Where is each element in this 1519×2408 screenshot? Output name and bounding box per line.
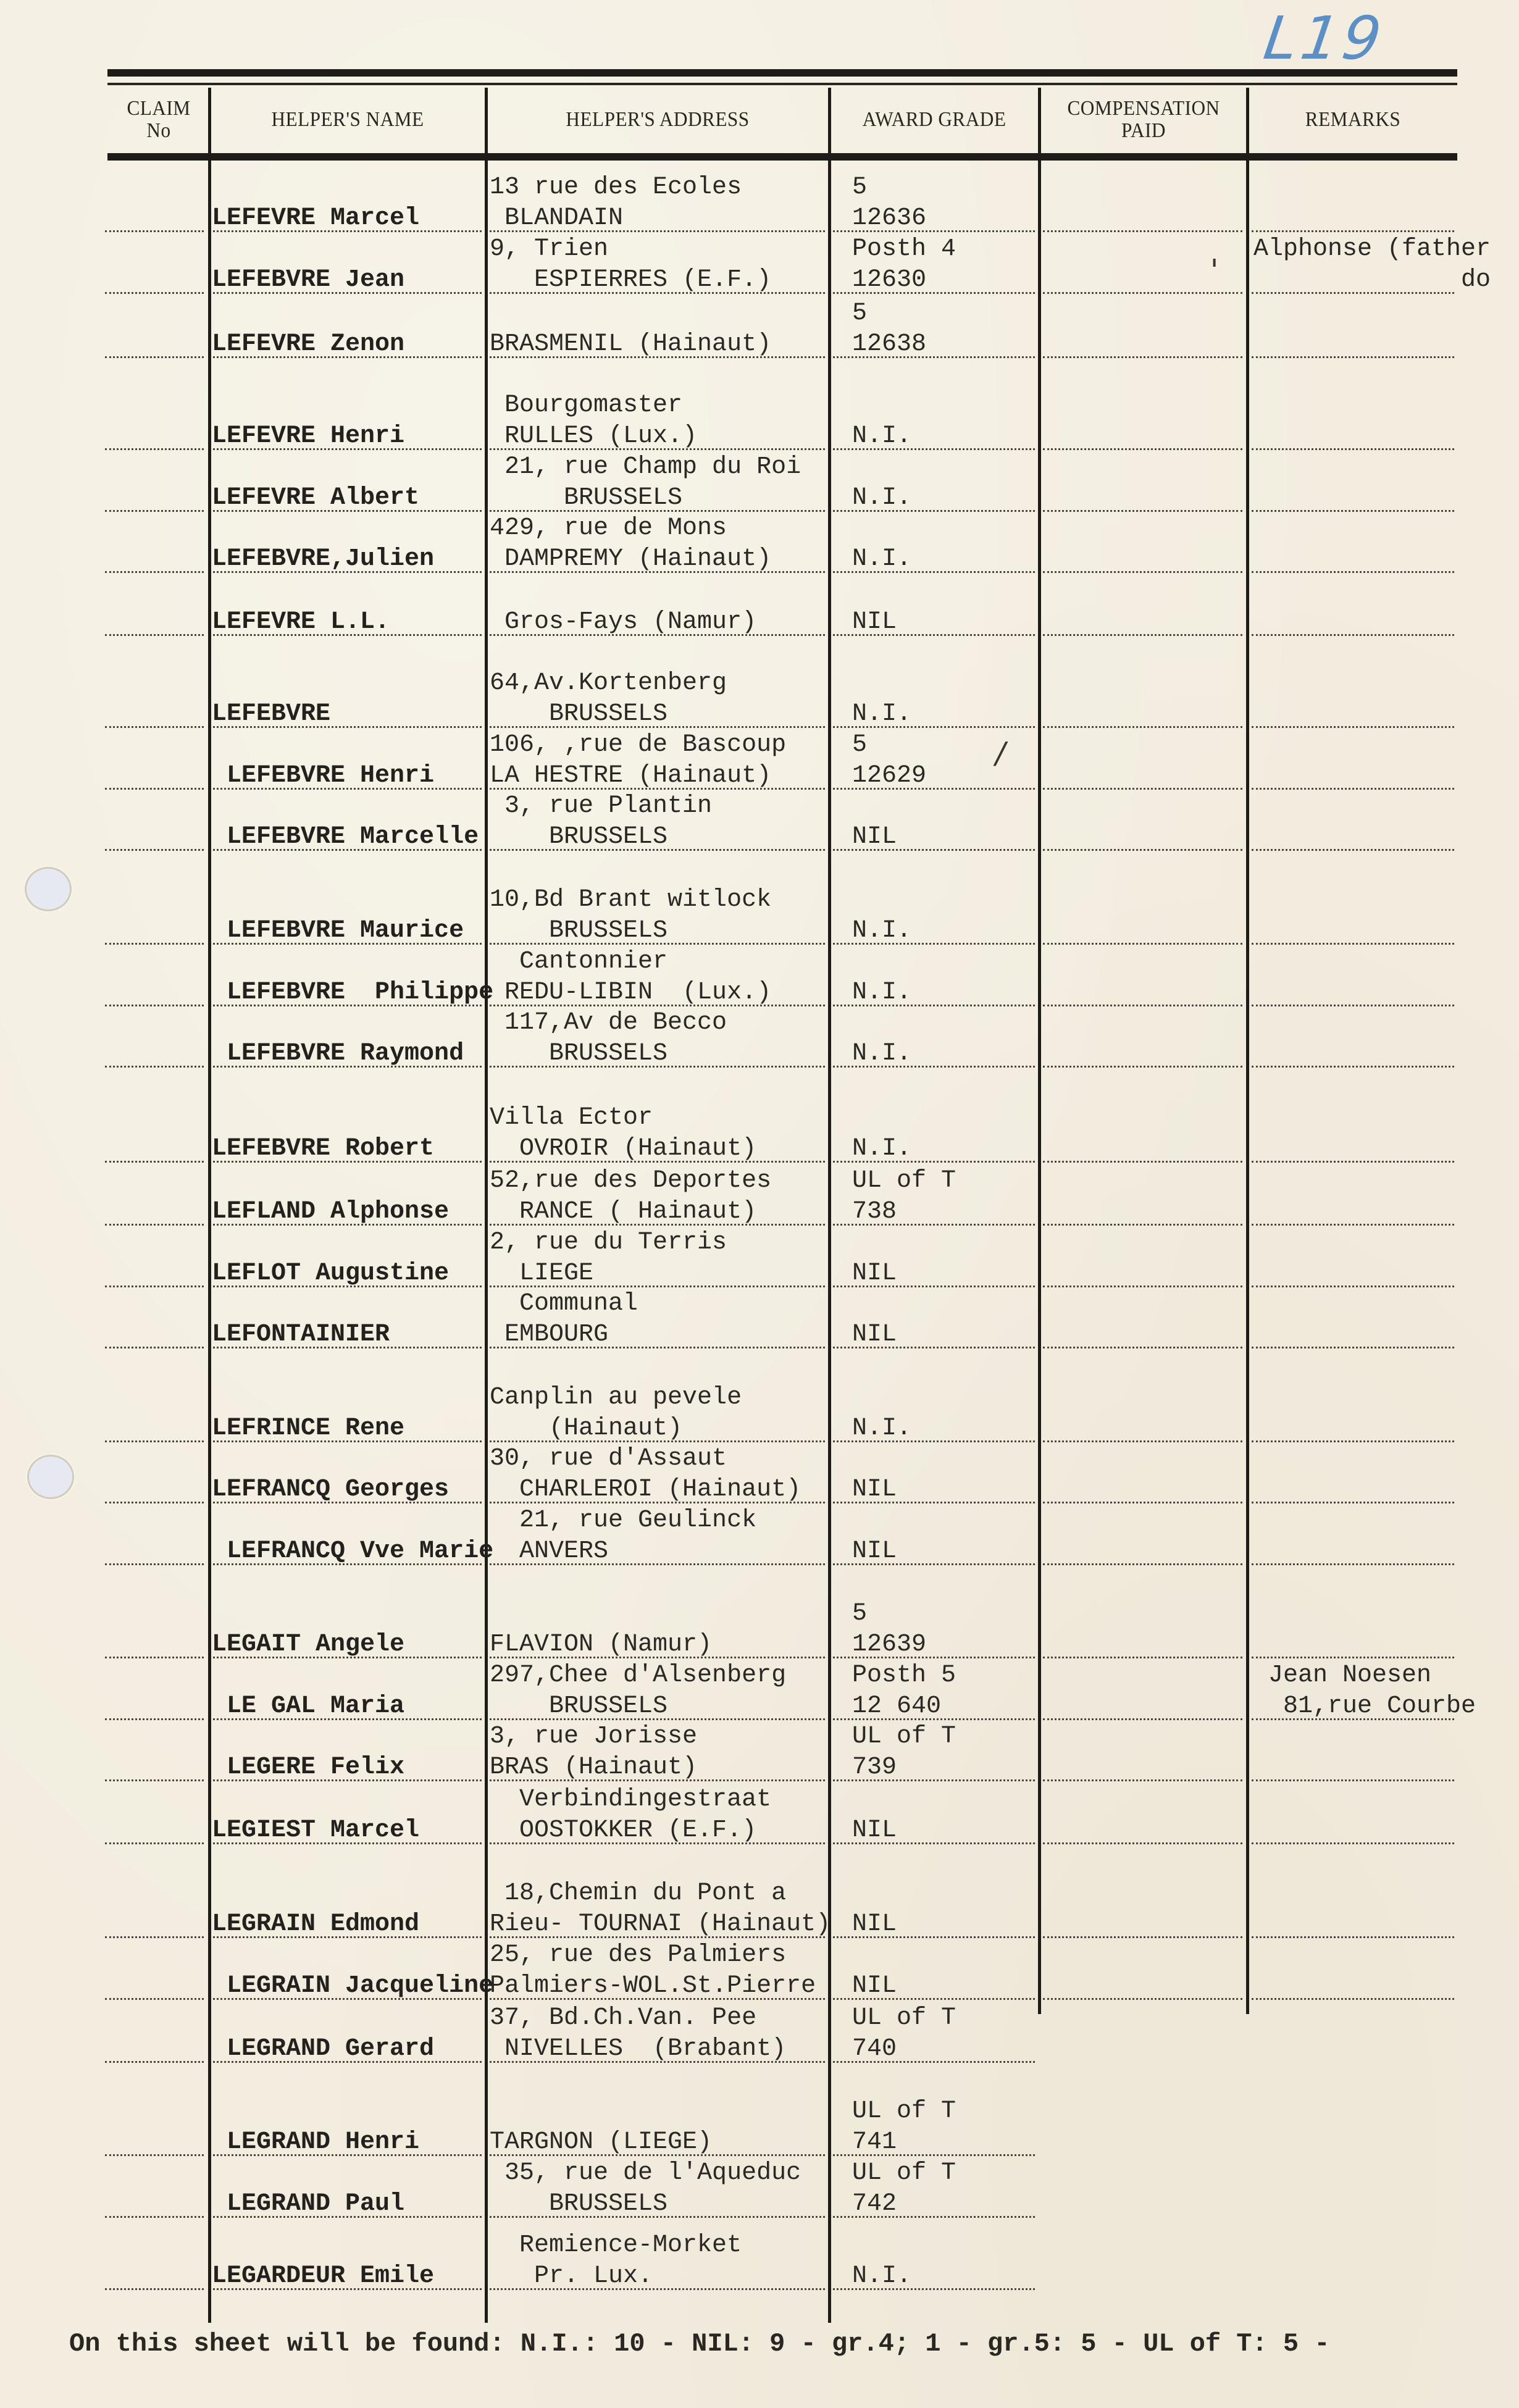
row-separator — [1043, 510, 1242, 512]
row-separator — [105, 1657, 204, 1658]
helper-name: LEFEVRE L.L. — [212, 607, 390, 638]
award-grade-line: N.I. — [852, 483, 911, 514]
helper-address-line: Canplin au pevele — [490, 1382, 742, 1413]
helper-address-line: 30, rue d'Assaut — [490, 1444, 727, 1474]
helper-address-line: CHARLEROI (Hainaut) — [490, 1474, 801, 1505]
helper-address-line: 429, rue de Mons — [490, 513, 727, 544]
helper-address-line: (Hainaut) — [490, 1413, 682, 1444]
helper-address-line: 106, ,rue de Bascoup — [490, 730, 786, 761]
award-grade-line: 12639 — [852, 1629, 926, 1660]
row-separator — [105, 634, 204, 636]
row-separator — [1252, 726, 1454, 728]
row-separator — [1252, 1066, 1454, 1068]
award-grade-line: UL of T — [852, 1166, 956, 1197]
helper-address-line: BRUSSELS — [490, 822, 667, 853]
row-separator — [105, 356, 204, 358]
row-separator — [105, 1718, 204, 1720]
helper-name: LEFEBVRE Maurice — [212, 916, 464, 947]
row-separator — [1043, 1779, 1242, 1781]
header-compensation-paid: COMPENSATION PAID — [1049, 86, 1237, 153]
row-separator — [1043, 1224, 1242, 1226]
helper-address-line: 21, rue Champ du Roi — [490, 452, 801, 483]
helper-name: LEFRANCQ Georges — [212, 1474, 449, 1505]
helper-address-line: Bourgomaster — [490, 390, 682, 421]
row-separator — [1252, 1224, 1454, 1226]
row-separator — [105, 788, 204, 790]
award-grade-line: Posth 4 — [852, 234, 956, 265]
remarks-line: Jean Noesen — [1253, 1660, 1431, 1691]
header-thin-rule — [107, 83, 1457, 85]
header-remarks: REMARKS — [1257, 86, 1448, 153]
helper-address-line: BRAS (Hainaut) — [490, 1752, 697, 1783]
header-helpers-name: HELPER'S NAME — [222, 86, 474, 153]
helper-address-line: BRUSSELS — [490, 1039, 667, 1069]
helper-name: LEGERE Felix — [212, 1752, 404, 1783]
header-award-grade: AWARD GRADE — [839, 86, 1029, 153]
helper-address-line: Rieu- TOURNAI (Hainaut) — [490, 1909, 831, 1940]
divider-compensation-remarks — [1246, 88, 1249, 2014]
helper-address-line: ESPIERRES (E.F.) — [490, 265, 771, 296]
row-separator — [1043, 1563, 1242, 1565]
helper-address-line: Communal — [490, 1289, 638, 1319]
row-separator — [105, 726, 204, 728]
helper-address-line: FLAVION (Namur) — [490, 1629, 712, 1660]
award-grade-line: 5 — [852, 730, 867, 761]
helper-address-line: RULLES (Lux.) — [490, 421, 697, 452]
helper-address-line: Verbindingestraat — [490, 1784, 771, 1815]
award-grade-line: 741 — [852, 2127, 897, 2158]
row-separator — [105, 849, 204, 851]
helper-address-line: Remience-Morket — [490, 2230, 742, 2261]
helper-name: LEGRAIN Edmond — [212, 1909, 419, 1940]
helper-address-line: 297,Chee d'Alsenberg — [490, 1660, 786, 1691]
row-separator — [105, 571, 204, 573]
helper-address-line: Villa Ector — [490, 1103, 653, 1134]
award-grade-line: UL of T — [852, 2003, 956, 2034]
helper-name: LEFRANCQ Vve Marie — [212, 1536, 493, 1567]
row-separator — [105, 292, 204, 294]
helper-address-line: 10,Bd Brant witlock — [490, 885, 771, 916]
remarks-line: do — [1253, 265, 1491, 296]
row-separator — [105, 1161, 204, 1163]
hole-punch-top — [25, 867, 72, 911]
row-separator — [105, 1502, 204, 1503]
helper-name: LEGIEST Marcel — [212, 1815, 419, 1846]
row-separator — [105, 1842, 204, 1844]
award-grade-line: 739 — [852, 1752, 897, 1783]
helper-address-line: 37, Bd.Ch.Van. Pee — [490, 2003, 756, 2034]
row-separator — [1043, 1502, 1242, 1503]
helper-address-line: 52,rue des Deportes — [490, 1166, 771, 1197]
row-separator — [1043, 1005, 1242, 1006]
helper-name: LEFONTAINIER — [212, 1319, 390, 1350]
row-separator — [1043, 1998, 1242, 2000]
award-grade-line: NIL — [852, 1971, 897, 2002]
row-separator — [105, 2061, 204, 2063]
row-separator — [105, 1224, 204, 1226]
row-separator — [1043, 634, 1242, 636]
row-separator — [1252, 1936, 1454, 1938]
helper-address-line: 2, rue du Terris — [490, 1227, 727, 1258]
helper-name: LEGAIT Angele — [212, 1629, 404, 1660]
helper-address-line: 13 rue des Ecoles — [490, 172, 742, 203]
helper-address-line: LIEGE — [490, 1258, 593, 1289]
award-grade-line: 12 640 — [852, 1691, 941, 1722]
row-separator — [1043, 292, 1242, 294]
row-separator — [1252, 510, 1454, 512]
helper-address-line: Palmiers-WOL.St.Pierre — [490, 1971, 816, 2002]
helper-name: LEFEVRE Marcel — [212, 203, 419, 234]
helper-address-line: DAMPREMY (Hainaut) — [490, 544, 771, 575]
row-separator — [1043, 1066, 1242, 1068]
award-grade-line: UL of T — [852, 2096, 956, 2127]
award-grade-line: 5 — [852, 172, 867, 203]
helper-address-line: BRUSSELS — [490, 699, 667, 730]
row-separator — [1252, 1502, 1454, 1503]
helper-address-line: Pr. Lux. — [490, 2261, 653, 2292]
award-grade-line: N.I. — [852, 2261, 911, 2292]
helper-name: LEFEVRE Zenon — [212, 329, 404, 360]
row-separator — [1252, 1563, 1454, 1565]
row-separator — [1252, 230, 1454, 232]
helper-address-line: LA HESTRE (Hainaut) — [490, 761, 771, 792]
award-grade-line: 5 — [852, 1599, 867, 1629]
award-grade-line: 740 — [852, 2034, 897, 2065]
helper-name: LEGRAND Henri — [212, 2127, 419, 2158]
helper-name: LEFLAND Alphonse — [212, 1197, 449, 1227]
row-separator — [1043, 571, 1242, 573]
award-grade-line: 742 — [852, 2189, 897, 2220]
row-separator — [1252, 1440, 1454, 1442]
row-separator — [105, 943, 204, 945]
helper-name: LEFEBVRE Henri — [212, 761, 434, 792]
header-top-rule — [107, 69, 1457, 77]
award-grade-line: N.I. — [852, 916, 911, 947]
row-separator — [105, 1779, 204, 1781]
award-grade-line: NIL — [852, 1258, 897, 1289]
header-claim-no: CLAIM No — [114, 86, 203, 153]
divider-address-award — [828, 88, 831, 2323]
row-separator — [1043, 230, 1242, 232]
remarks-line: 81,rue Courbe — [1253, 1691, 1476, 1722]
row-separator — [1252, 849, 1454, 851]
award-grade-line: N.I. — [852, 1039, 911, 1069]
award-grade-line: 738 — [852, 1197, 897, 1227]
row-separator — [105, 1347, 204, 1348]
row-separator — [105, 1936, 204, 1938]
helper-name: LEGARDEUR Emile — [212, 2261, 434, 2292]
helper-address-line: 9, Trien — [490, 234, 608, 265]
helper-address-line: ANVERS — [490, 1536, 608, 1567]
divider-award-compensation — [1038, 88, 1041, 2014]
helper-address-line: 18,Chemin du Pont a — [490, 1878, 786, 1909]
award-grade-line: NIL — [852, 1536, 897, 1567]
helper-name: LEFEBVRE Jean — [212, 265, 404, 296]
helper-name: LEFEBVRE — [212, 699, 330, 730]
helper-name: LEGRAND Paul — [212, 2189, 404, 2220]
award-grade-line: 12636 — [852, 203, 926, 234]
row-separator — [105, 2216, 204, 2218]
award-grade-line: UL of T — [852, 1721, 956, 1752]
helper-address-line: EMBOURG — [490, 1319, 608, 1350]
row-separator — [1252, 1842, 1454, 1844]
row-separator — [1252, 1998, 1454, 2000]
award-grade-line: N.I. — [852, 977, 911, 1008]
row-separator — [1252, 1161, 1454, 1163]
row-separator — [105, 1563, 204, 1565]
award-grade-line: N.I. — [852, 1134, 911, 1164]
helper-address-line: 35, rue de l'Aqueduc — [490, 2158, 801, 2189]
row-separator — [105, 2154, 204, 2156]
award-grade-line: NIL — [852, 1319, 897, 1350]
helper-address-line: BRUSSELS — [490, 1691, 667, 1722]
row-separator — [105, 448, 204, 450]
award-grade-line: N.I. — [852, 699, 911, 730]
row-separator — [1043, 1161, 1242, 1163]
row-separator — [1043, 1440, 1242, 1442]
award-grade-line: N.I. — [852, 421, 911, 452]
award-grade-line: NIL — [852, 1474, 897, 1505]
award-grade-line: 12638 — [852, 329, 926, 360]
row-separator — [1252, 356, 1454, 358]
row-separator — [1252, 788, 1454, 790]
row-separator — [1252, 1657, 1454, 1658]
helper-address-line: 117,Av de Becco — [490, 1008, 727, 1039]
award-grade-line: 5 — [852, 298, 867, 329]
helper-name: LEFEBVRE Robert — [212, 1134, 434, 1164]
remarks-line: Alphonse (father — [1253, 234, 1491, 265]
row-separator — [1043, 1842, 1242, 1844]
row-separator — [105, 510, 204, 512]
award-grade-line: 12629 — [852, 761, 926, 792]
helper-address-line: RANCE ( Hainaut) — [490, 1197, 756, 1227]
row-separator — [1252, 1779, 1454, 1781]
helper-address-line: NIVELLES (Brabant) — [490, 2034, 786, 2065]
award-grade-line: 12630 — [852, 265, 926, 296]
hole-punch-bottom — [27, 1455, 74, 1499]
row-separator — [1043, 1657, 1242, 1658]
helper-name: LEFRINCE Rene — [212, 1413, 404, 1444]
page-number-handwritten: L19 — [1260, 4, 1389, 73]
helper-address-line: 25, rue des Palmiers — [490, 1940, 786, 1971]
row-separator — [1252, 1005, 1454, 1006]
helper-address-line: REDU-LIBIN (Lux.) — [490, 977, 771, 1008]
header-bottom-rule — [107, 153, 1457, 161]
row-separator — [1252, 448, 1454, 450]
pen-mark-icon: / — [995, 736, 1005, 771]
award-grade-line: N.I. — [852, 1413, 911, 1444]
helper-name: LEFEBVRE Philippe — [212, 977, 493, 1008]
row-separator — [1043, 788, 1242, 790]
helper-address-line: BRUSSELS — [490, 483, 682, 514]
helper-address-line: OVROIR (Hainaut) — [490, 1134, 756, 1164]
award-grade-line: NIL — [852, 822, 897, 853]
award-grade-line: NIL — [852, 1815, 897, 1846]
row-separator — [105, 1440, 204, 1442]
helper-name: LEFEVRE Henri — [212, 421, 404, 452]
helper-address-line: BRASMENIL (Hainaut) — [490, 329, 771, 360]
helper-name: LEGRAND Gerard — [212, 2034, 434, 2065]
helper-name: LEFEBVRE Raymond — [212, 1039, 464, 1069]
helper-address-line: TARGNON (LIEGE) — [490, 2127, 712, 2158]
helper-name: LEFLOT Augustine — [212, 1258, 449, 1289]
row-separator — [1043, 356, 1242, 358]
award-grade-line: UL of T — [852, 2158, 956, 2189]
award-grade-line: NIL — [852, 1909, 897, 1940]
row-separator — [1043, 1286, 1242, 1287]
row-separator — [105, 1286, 204, 1287]
helper-address-line: BRUSSELS — [490, 916, 667, 947]
award-grade-line: Posth 5 — [852, 1660, 956, 1691]
row-separator — [105, 2288, 204, 2290]
row-separator — [105, 1066, 204, 1068]
award-grade-line: NIL — [852, 607, 897, 638]
helper-name: LEFEBVRE,Julien — [212, 544, 434, 575]
row-separator — [1043, 448, 1242, 450]
helper-name: LEGRAIN Jacqueline — [212, 1971, 493, 2002]
row-separator — [1043, 943, 1242, 945]
header-helpers-address: HELPER'S ADDRESS — [501, 86, 814, 153]
helper-address-line: 3, rue Jorisse — [490, 1721, 697, 1752]
award-grade-line: N.I. — [852, 544, 911, 575]
pen-mark-icon: ' — [1210, 253, 1218, 288]
helper-address-line: BLANDAIN — [490, 203, 623, 234]
helper-name: LEFEBVRE Marcelle — [212, 822, 479, 853]
divider-claim-name — [208, 88, 211, 2323]
row-separator — [1252, 1286, 1454, 1287]
row-separator — [1252, 571, 1454, 573]
helper-name: LE GAL Maria — [212, 1691, 404, 1722]
row-separator — [1043, 1347, 1242, 1348]
row-separator — [105, 1998, 204, 2000]
row-separator — [1043, 849, 1242, 851]
helper-name: LEFEVRE Albert — [212, 483, 419, 514]
row-separator — [105, 1005, 204, 1006]
helper-address-line: OOSTOKKER (E.F.) — [490, 1815, 756, 1846]
helper-address-line: BRUSSELS — [490, 2189, 667, 2220]
row-separator — [105, 230, 204, 232]
row-separator — [1252, 634, 1454, 636]
helper-address-line: Cantonnier — [490, 947, 667, 977]
row-separator — [1043, 1936, 1242, 1938]
row-separator — [1043, 1718, 1242, 1720]
helper-address-line: 3, rue Plantin — [490, 791, 712, 822]
helper-address-line: 64,Av.Kortenberg — [490, 668, 727, 699]
row-separator — [1252, 943, 1454, 945]
row-separator — [1043, 726, 1242, 728]
sheet-summary: On this sheet will be found: N.I.: 10 - … — [69, 2329, 1330, 2359]
helper-address-line: 21, rue Geulinck — [490, 1505, 756, 1536]
helper-address-line: Gros-Fays (Namur) — [490, 607, 756, 638]
row-separator — [1252, 1347, 1454, 1348]
